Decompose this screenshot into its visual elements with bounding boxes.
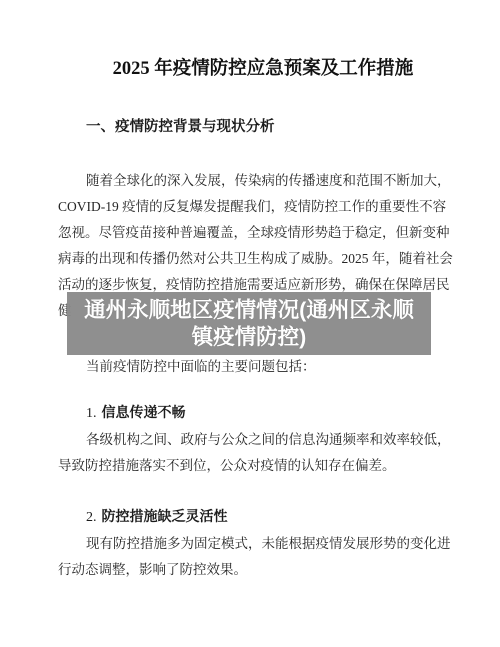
paragraph-line: 随着全球化的深入发展，传染病的传播速度和范围不断加大， — [58, 168, 442, 194]
item-1-title: 信息传递不畅 — [102, 406, 186, 421]
paragraph-line: 行动态调整，影响了防控效果。 — [58, 557, 442, 583]
item-2-title: 防控措施缺乏灵活性 — [102, 510, 228, 525]
paragraph-line: 现有防控措施多为固定模式，未能根据疫情发展形势的变化进 — [58, 531, 442, 557]
paragraph-line: 各级机构之间、政府与公众之间的信息沟通频率和效率较低， — [58, 427, 442, 453]
overlay-title-line: 镇疫情防控) — [192, 324, 307, 351]
overlay-title-line: 通州永顺地区疫情情况(通州区永顺 — [84, 297, 414, 324]
paragraph-line: 导致防控措施落实不到位，公众对疫情的认知存在偏差。 — [58, 453, 442, 479]
intro-line: 当前疫情防控中面临的主要问题包括： — [58, 354, 442, 380]
item-1-heading: 1.信息传递不畅 — [58, 401, 442, 427]
item-1-body: 各级机构之间、政府与公众之间的信息沟通频率和效率较低， 导致防控措施落实不到位，… — [58, 427, 442, 479]
item-2-body: 现有防控措施多为固定模式，未能根据疫情发展形势的变化进 行动态调整，影响了防控效… — [58, 531, 442, 583]
section-heading: 一、疫情防控背景与现状分析 — [58, 114, 442, 140]
item-2-heading: 2.防控措施缺乏灵活性 — [58, 505, 442, 531]
paragraph-line: 忽视。尽管疫苗接种普遍覆盖，全球疫情形势趋于稳定，但新变种 — [58, 220, 442, 246]
page-title: 2025 年疫情防控应急预案及工作措施 — [84, 56, 442, 82]
paragraph-line: COVID-19 疫情的反复爆发提醒我们，疫情防控工作的重要性不容 — [58, 194, 442, 220]
document-page: 2025 年疫情防控应急预案及工作措施 一、疫情防控背景与现状分析 随着全球化的… — [0, 0, 500, 647]
item-2-number: 2. — [86, 510, 97, 525]
overlay-title-banner: 通州永顺地区疫情情况(通州区永顺 镇疫情防控) — [67, 292, 431, 355]
paragraph-line: 病毒的出现和传播仍然对公共卫生构成了威胁。2025 年，随着社会 — [58, 246, 442, 272]
item-1-number: 1. — [86, 406, 97, 421]
